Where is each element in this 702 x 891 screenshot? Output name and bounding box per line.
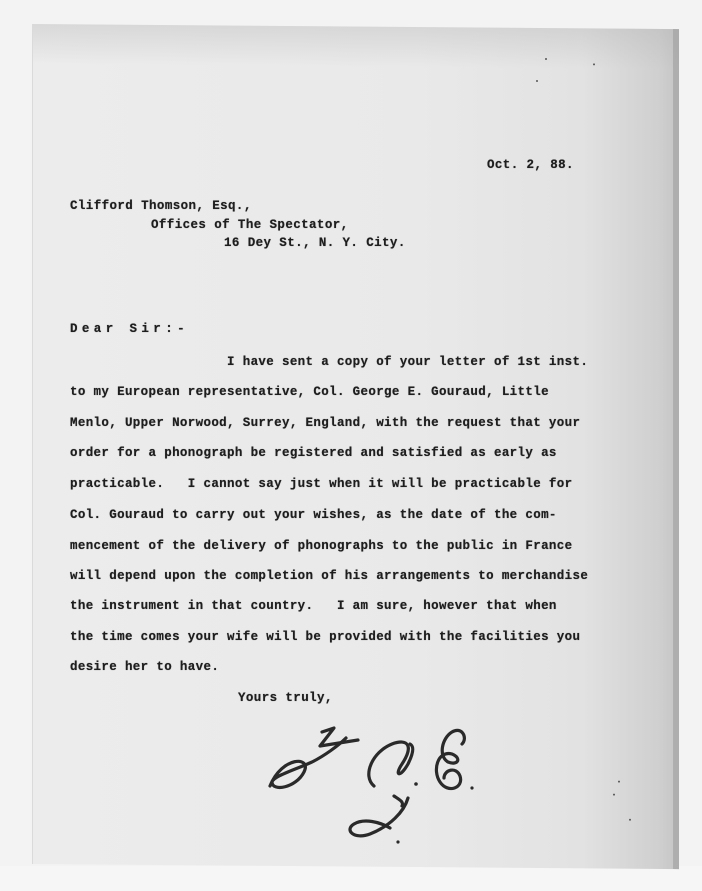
closing: Yours truly,	[238, 691, 333, 705]
body-line: will depend upon the completion of his a…	[70, 569, 588, 583]
recipient-name: Clifford Thomson, Esq.,	[70, 199, 252, 213]
body-line: Menlo, Upper Norwood, Surrey, England, w…	[70, 416, 580, 430]
paper-speck	[593, 63, 595, 65]
body-line: Col. Gouraud to carry out your wishes, a…	[70, 508, 557, 522]
letter-date: Oct. 2, 88.	[487, 158, 574, 172]
paper-speck	[618, 781, 620, 783]
salutation: Dear Sir:-	[70, 322, 189, 336]
recipient-address: 16 Dey St., N. Y. City.	[224, 236, 406, 250]
recipient-organization: Offices of The Spectator,	[151, 218, 349, 232]
body-line: practicable. I cannot say just when it w…	[70, 477, 572, 491]
body-line: the instrument in that country. I am sur…	[70, 599, 557, 613]
body-line: I have sent a copy of your letter of 1st…	[70, 355, 588, 369]
paper-speck	[613, 794, 615, 796]
paper-speck	[536, 80, 538, 82]
body-line: desire her to have.	[70, 660, 219, 674]
paper-speck	[545, 58, 547, 60]
body-line: to my European representative, Col. Geor…	[70, 385, 549, 399]
handwritten-signature	[262, 716, 482, 846]
paper-speck	[629, 819, 631, 821]
scan-backdrop	[0, 866, 702, 891]
body-line: the time comes your wife will be provide…	[70, 630, 580, 644]
body-line: mencement of the delivery of phonographs…	[70, 539, 572, 553]
body-line: order for a phonograph be registered and…	[70, 446, 557, 460]
